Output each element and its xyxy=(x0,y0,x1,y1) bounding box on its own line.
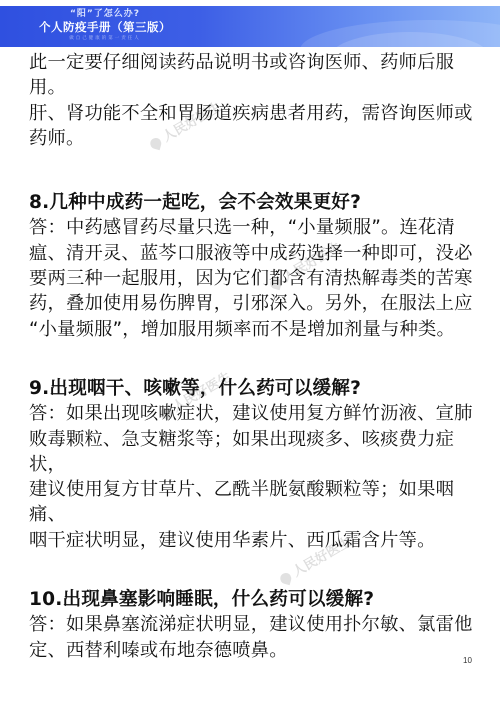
section-heading: 9.出现咽干、咳嗽等，什么药可以缓解? xyxy=(29,376,474,401)
page-number: 10 xyxy=(463,656,472,665)
banner-text-block: “阳”了怎么办? 个人防疫手册（第三版） 做自己健康的第一责任人 xyxy=(30,8,180,43)
text-line: 瘟、清开灵、蓝芩口服液等中成药选择一种即可，没必 xyxy=(29,241,474,266)
banner-title: 个人防疫手册（第三版） xyxy=(30,20,180,35)
text-line: 答：如果鼻塞流涕症状明显，建议使用扑尔敏、氯雷他 xyxy=(29,612,474,637)
banner-subtitle: “阳”了怎么办? xyxy=(30,8,180,20)
text-line: 答：中药感冒药尽量只选一种，“小量频服”。连花清 xyxy=(29,215,474,240)
text-line: 要两三种一起服用，因为它们都含有清热解毒类的苦寒 xyxy=(29,266,474,291)
text-line: 咽干症状明显，建议使用华素片、西瓜霜含片等。 xyxy=(29,528,474,553)
text-line: 败毒颗粒、急支糖浆等；如果出现痰多、咳痰费力症状， xyxy=(29,427,474,478)
text-line: “小量频服”，增加服用频率而不是增加剂量与种类。 xyxy=(29,317,474,342)
section-heading: 10.出现鼻塞影响睡眠，什么药可以缓解? xyxy=(29,587,474,612)
text-line: 药师。 xyxy=(29,126,474,151)
section-9: 9.出现咽干、咳嗽等，什么药可以缓解? 答：如果出现咳嗽症状，建议使用复方鲜竹沥… xyxy=(29,376,474,553)
text-line: 肝、肾功能不全和胃肠道疾病患者用药，需咨询医师或 xyxy=(29,101,474,126)
text-line: 答：如果出现咳嗽症状，建议使用复方鲜竹沥液、宣肺 xyxy=(29,401,474,426)
document-page: “阳”了怎么办? 个人防疫手册（第三版） 做自己健康的第一责任人 人民好医生 人… xyxy=(0,0,500,707)
header-banner: “阳”了怎么办? 个人防疫手册（第三版） 做自己健康的第一责任人 xyxy=(0,6,500,47)
document-body: 此一定要仔细阅读药品说明书或咨询医师、药师后服用。 肝、肾功能不全和胃肠道疾病患… xyxy=(29,50,474,663)
text-line: 药，叠加使用易伤脾胃，引邪深入。另外，在服法上应 xyxy=(29,291,474,316)
section-10: 10.出现鼻塞影响睡眠，什么药可以缓解? 答：如果鼻塞流涕症状明显，建议使用扑尔… xyxy=(29,587,474,663)
section-8: 8.几种中成药一起吃，会不会效果更好? 答：中药感冒药尽量只选一种，“小量频服”… xyxy=(29,190,474,342)
text-line: 此一定要仔细阅读药品说明书或咨询医师、药师后服用。 xyxy=(29,50,474,101)
section-heading: 8.几种中成药一起吃，会不会效果更好? xyxy=(29,190,474,215)
intro-paragraph: 此一定要仔细阅读药品说明书或咨询医师、药师后服用。 肝、肾功能不全和胃肠道疾病患… xyxy=(29,50,474,151)
text-line: 建议使用复方甘草片、乙酰半胱氨酸颗粒等；如果咽痛、 xyxy=(29,477,474,528)
text-line: 定、西替利嗪或布地奈德喷鼻。 xyxy=(29,638,474,663)
banner-tagline: 做自己健康的第一责任人 xyxy=(30,35,180,43)
